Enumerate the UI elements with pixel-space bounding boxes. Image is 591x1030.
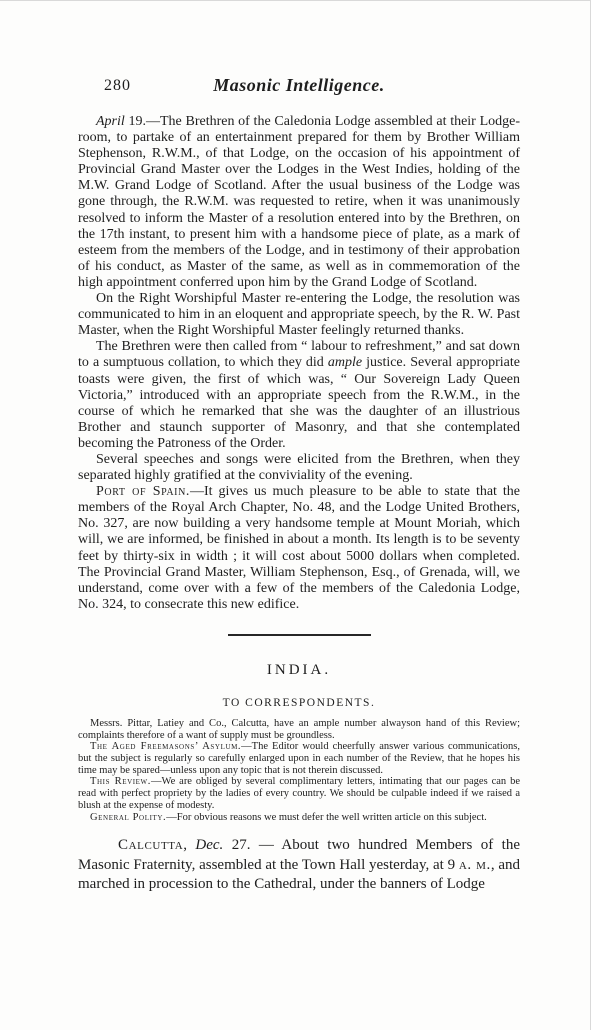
paragraph: April 19.—The Brethren of the Caledonia … [78, 114, 520, 291]
text-segment: Port of Spain. [96, 484, 190, 499]
running-head: 280 Masonic Intelligence. [78, 75, 520, 99]
book-page: 280 Masonic Intelligence. April 19.—The … [0, 0, 591, 1030]
section-heading-india: INDIA. [78, 662, 520, 679]
text-segment: The Aged Freemasons’ Asylum. [90, 741, 241, 752]
text-segment: April [96, 114, 125, 129]
text-segment: This Review. [90, 776, 151, 787]
page-number: 280 [104, 77, 131, 95]
calcutta-paragraph: Calcutta, Dec. 27. — About two hundred M… [78, 836, 520, 894]
paragraph: Messrs. Pittar, Latiey and Co., Calcutta… [78, 718, 520, 741]
paragraph: General Polity.—For obvious reasons we m… [78, 812, 520, 824]
correspondents-heading: TO CORRESPONDENTS. [78, 697, 520, 709]
text-segment: Calcutta [118, 837, 183, 853]
paragraph: Several speeches and songs were elicited… [78, 452, 520, 484]
text-segment: 19.—The Brethren of the Caledonia Lodge … [78, 114, 520, 290]
text-segment: Dec. [195, 837, 223, 853]
paragraph: Port of Spain.—It gives us much pleasure… [78, 484, 520, 613]
section-divider [228, 634, 371, 636]
paragraph: The Aged Freemasons’ Asylum.—The Editor … [78, 741, 520, 776]
paragraph: This Review.—We are obliged by several c… [78, 776, 520, 811]
text-segment: a. m. [459, 857, 491, 873]
page-title: Masonic Intelligence. [78, 75, 520, 96]
text-segment: —It gives us much pleasure to be able to… [78, 484, 520, 612]
page-content: 280 Masonic Intelligence. April 19.—The … [78, 75, 520, 894]
paragraph: On the Right Worshipful Master re-enteri… [78, 291, 520, 339]
text-segment: —For obvious reasons we must defer the w… [166, 812, 486, 823]
text-segment: ample [328, 355, 362, 370]
text-segment: On the Right Worshipful Master re-enteri… [78, 291, 520, 338]
text-segment: General Polity. [90, 812, 166, 823]
paragraph: Calcutta, Dec. 27. — About two hundred M… [78, 836, 520, 894]
text-segment: Messrs. Pittar, Latiey and Co., Calcutta… [78, 718, 520, 741]
correspondents-notes: Messrs. Pittar, Latiey and Co., Calcutta… [78, 718, 520, 823]
text-segment: , [183, 837, 195, 853]
news-section: April 19.—The Brethren of the Caledonia … [78, 114, 520, 613]
text-segment: Several speeches and songs were elicited… [78, 452, 520, 483]
paragraph: The Brethren were then called from “ lab… [78, 339, 520, 452]
